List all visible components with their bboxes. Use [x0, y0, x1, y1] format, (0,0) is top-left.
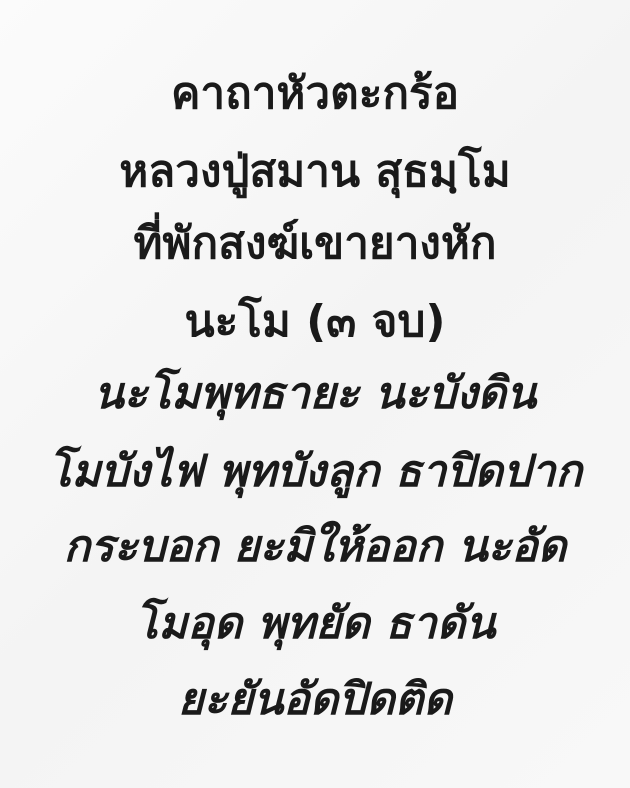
verse-line-1: นะโมพุทธายะ นะบังดิน: [0, 372, 630, 416]
verse-line-2: โมบังไฟ พุทบังลูก ธาปิดปาก: [0, 450, 630, 494]
verse-line-5: ยะยันอัดปิดติด: [0, 678, 630, 722]
author-line: หลวงปู่สมาน สุธมฺโม: [0, 150, 630, 194]
document-title: คาถาหัวตะกร้อ: [0, 72, 630, 116]
verse-line-3: กระบอก ยะมิให้ออก นะอัด: [0, 525, 630, 569]
scanned-page: คาถาหัวตะกร้อ หลวงปู่สมาน สุธมฺโม ที่พัก…: [0, 0, 630, 788]
opening-line: นะโม (๓ จบ): [0, 300, 630, 344]
location-line: ที่พักสงฆ์เขายางหัก: [0, 222, 630, 266]
verse-line-4: โมอุด พุทยัด ธาดัน: [0, 602, 630, 646]
